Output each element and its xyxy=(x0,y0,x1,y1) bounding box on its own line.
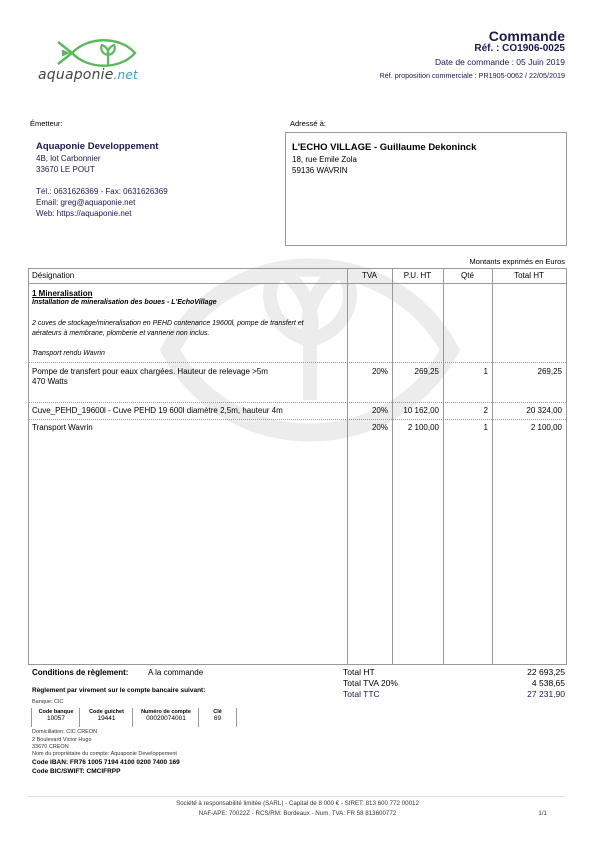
section-description-1: 2 cuves de stockage/mineralisation en PE… xyxy=(32,320,304,327)
items-table: Désignation TVA P.U. HT Qté Total HT 1 M… xyxy=(28,268,567,665)
key-value: 69 xyxy=(199,715,236,722)
iban: Code IBAN: FR76 1005 7194 4100 0200 7400… xyxy=(32,759,180,766)
emitter-address2: 33670 LE POUT xyxy=(36,165,95,174)
header-designation: Désignation xyxy=(32,271,74,280)
total-tva-label: Total TVA 20% xyxy=(343,678,398,688)
row3-tva: 20% xyxy=(347,423,388,432)
domiciliation: Domiciliation: CIC CREON xyxy=(32,729,97,735)
footer-legal-line1: Société à responsabilité limitée (SARL) … xyxy=(0,800,595,807)
row1-tva: 20% xyxy=(347,367,388,376)
domiciliation-address1: 2 Boulevard Victor Hugo xyxy=(32,737,92,743)
row2-pu-ht: 10 162,00 xyxy=(392,406,439,415)
column-divider xyxy=(392,269,393,664)
emitter-address1: 4B, lot Carbonnier xyxy=(36,154,100,163)
row3-total-ht: 2 100,00 xyxy=(492,423,562,432)
document-reference: Réf. : CO1906-0025 xyxy=(474,43,565,54)
recipient-address2: 59136 WAVRIN xyxy=(292,166,348,175)
document-title: Commande xyxy=(489,28,565,44)
row1-qty: 1 xyxy=(443,367,488,376)
table-header: Désignation TVA P.U. HT Qté Total HT xyxy=(29,269,566,284)
emitter-phone: Tél.: 0631626369 - Fax: 0631626369 xyxy=(36,187,168,196)
total-ttc-label: Total TTC xyxy=(343,689,380,699)
row3-pu-ht: 2 100,00 xyxy=(392,423,439,432)
row1-designation-line2: 470 Watts xyxy=(32,377,68,386)
page-number: 1/1 xyxy=(538,810,547,817)
total-ht-value: 22 693,25 xyxy=(527,667,565,677)
section-description-3: Transport rendu Wavrin xyxy=(32,350,105,357)
bank-code-cell: Code banque 10057 xyxy=(31,708,80,727)
bank-name: Banque: CIC xyxy=(32,699,64,705)
header-pu-ht: P.U. HT xyxy=(392,271,443,280)
logo-tld-text: .net xyxy=(114,68,138,82)
row1-total-ht: 269,25 xyxy=(492,367,562,376)
row2-qty: 2 xyxy=(443,406,488,415)
fish-logo-icon xyxy=(50,36,145,70)
payment-conditions-label: Conditions de règlement: xyxy=(32,668,128,677)
bic-swift: Code BIC/SWIFT: CMCIFRPP xyxy=(32,768,120,775)
row2-total-ht: 20 324,00 xyxy=(492,406,562,415)
recipient-box: L'ECHO VILLAGE - Guillaume Dekoninck 18,… xyxy=(285,132,567,246)
emitter-name: Aquaponie Developpement xyxy=(36,141,158,152)
row2-designation: Cuve_PEHD_19600l - Cuve PEHD 19 600l dia… xyxy=(32,406,283,415)
account-number-cell: Numéro de compte 00020074001 xyxy=(132,708,199,727)
proposal-reference: Réf. proposition commerciale : PR1905-00… xyxy=(380,71,565,80)
column-divider xyxy=(492,269,493,664)
row-separator xyxy=(29,362,566,363)
row1-pu-ht: 269,25 xyxy=(392,367,439,376)
account-owner: Nom du propriétaire du compte: Aquaponie… xyxy=(32,751,177,757)
emitter-web: Web: https://aquaponie.net xyxy=(36,209,131,218)
row-separator xyxy=(29,419,566,420)
section-title: 1 Mineralisation xyxy=(32,289,92,298)
emitter-box: Aquaponie Developpement 4B, lot Carbonni… xyxy=(30,132,268,244)
currency-note: Montants exprimés en Euros xyxy=(470,257,565,266)
recipient-label: Adressé à: xyxy=(290,119,326,128)
recipient-name: L'ECHO VILLAGE - Guillaume Dekoninck xyxy=(292,142,476,153)
order-date: Date de commande : 05 Juin 2019 xyxy=(435,57,565,67)
total-ht-row: Total HT 22 693,25 xyxy=(343,667,565,677)
header-total-ht: Total HT xyxy=(492,271,566,280)
total-ttc-value: 27 231,90 xyxy=(527,689,565,699)
bank-code-value: 10057 xyxy=(32,715,80,722)
account-number-value: 00020074001 xyxy=(133,715,199,722)
section-description-2: aérateurs à membrane, plomberie et vanne… xyxy=(32,330,209,337)
total-tva-row: Total TVA 20% 4 538,65 xyxy=(343,678,565,688)
key-cell: Clé 69 xyxy=(198,708,237,727)
logo-brand-text: aquaponie xyxy=(38,67,114,83)
branch-code-cell: Code guichet 19441 xyxy=(79,708,133,727)
row2-tva: 20% xyxy=(347,406,388,415)
header-tva: TVA xyxy=(347,271,392,280)
row-separator xyxy=(29,402,566,403)
row3-designation: Transport Wavrin xyxy=(32,423,93,432)
column-divider xyxy=(443,269,444,664)
footer-legal-line2: NAF-APE: 70022Z - RCS/RM: Bordeaux - Num… xyxy=(0,810,595,817)
row1-designation: Pompe de transfert pour eaux chargées. H… xyxy=(32,367,268,376)
section-subtitle: Installation de mineralisation des boues… xyxy=(32,299,217,306)
logo-wordmark: aquaponie.net xyxy=(38,67,138,83)
emitter-email: Email: greg@aquaponie.net xyxy=(36,198,135,207)
emitter-label: Émetteur: xyxy=(30,119,63,128)
footer-divider xyxy=(28,796,565,797)
bank-transfer-title: Règlement par virement sur le compte ban… xyxy=(32,687,205,694)
column-divider xyxy=(347,269,348,664)
header-qty: Qté xyxy=(443,271,492,280)
row3-qty: 1 xyxy=(443,423,488,432)
recipient-address1: 18, rue Emile Zola xyxy=(292,155,357,164)
total-ttc-row: Total TTC 27 231,90 xyxy=(343,689,565,699)
domiciliation-address2: 33670 CREON xyxy=(32,744,69,750)
branch-code-value: 19441 xyxy=(80,715,133,722)
total-tva-value: 4 538,65 xyxy=(532,678,565,688)
payment-conditions-value: A la commande xyxy=(148,668,203,677)
total-ht-label: Total HT xyxy=(343,667,375,677)
